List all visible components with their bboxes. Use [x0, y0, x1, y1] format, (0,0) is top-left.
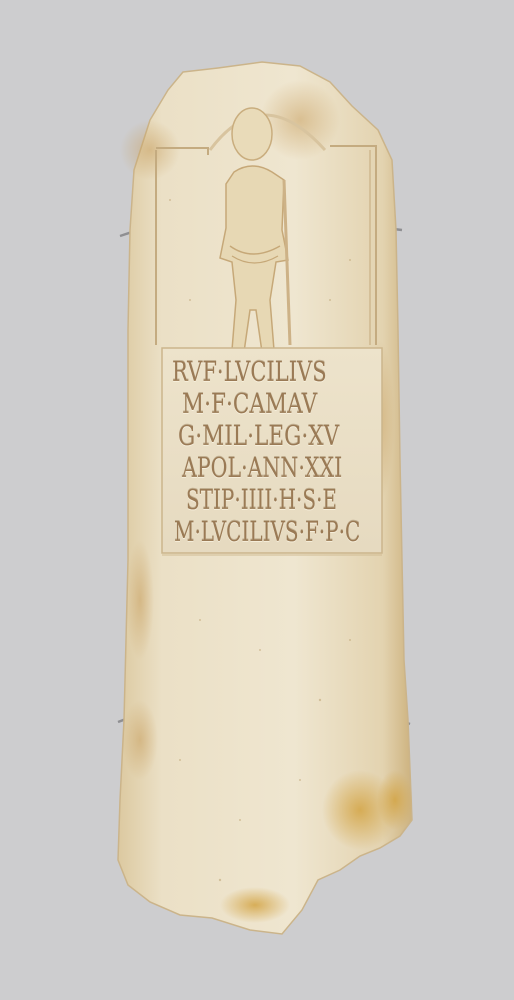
- inscription-text: RVF·LVCILIVS M·F·CAMAV G·MIL·LEG·XV APOL…: [172, 357, 378, 549]
- inscription-line: RVF·LVCILIVS: [172, 357, 333, 389]
- inscription-line: G·MIL·LEG·XV: [178, 421, 338, 453]
- photo-scene: RVF·LVCILIVS M·F·CAMAV G·MIL·LEG·XV APOL…: [0, 0, 514, 1000]
- inscription-line: STIP·IIII·H·S·E: [186, 485, 328, 517]
- inscription-line: M·LVCILIVS·F·P·C: [174, 517, 325, 549]
- inscription-line: APOL·ANN·XXI: [182, 453, 331, 485]
- inscription-line: M·F·CAMAV: [182, 389, 339, 421]
